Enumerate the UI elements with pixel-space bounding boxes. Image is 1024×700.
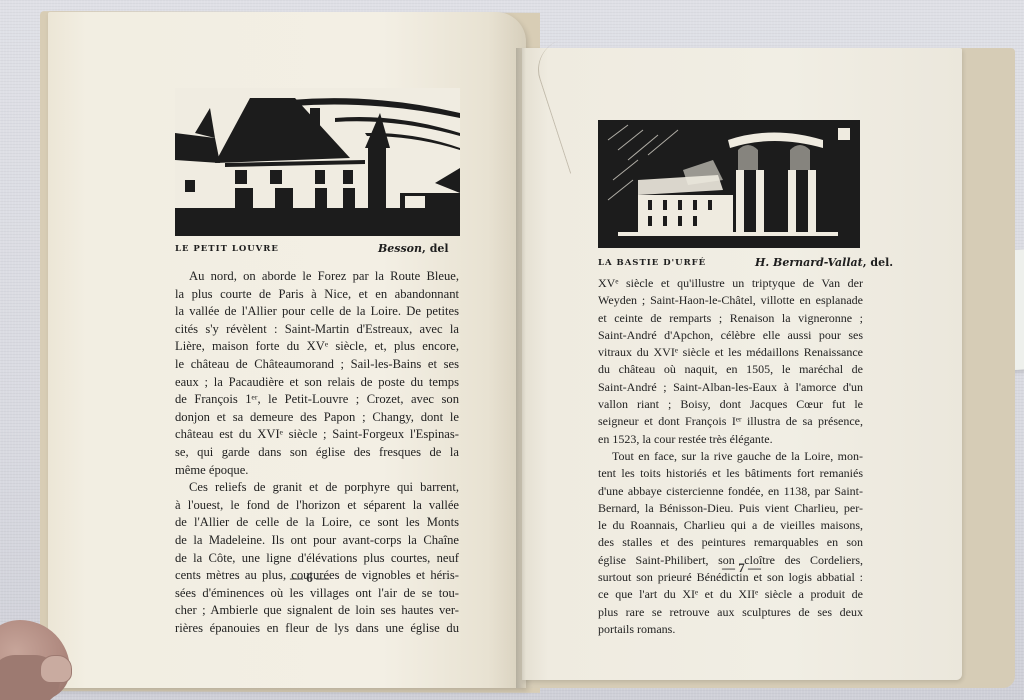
text-line: vitraux du XVIᵉ siècle et les médaillons… <box>598 344 863 361</box>
text-line: en 1523, la cour restée très élégante. <box>598 431 863 448</box>
illustration-credit-left: Besson, del <box>378 242 449 255</box>
right-page-body-text: XVᵉ siècle et qu'illustre un triptyque d… <box>598 275 863 638</box>
illustration-credit-right: H. Bernard-Vallat, del. <box>755 256 893 269</box>
text-line: Weyden ; Saint-Haon-le-Châtel, villotte … <box>598 292 863 309</box>
page-number-left: — 6 — <box>290 570 329 586</box>
text-line: seigneur et dont François Iᵉʳ illustra d… <box>598 413 863 430</box>
text-line: Tout en face, sur la rive gauche de la L… <box>598 448 863 465</box>
text-line: la plus courte de Paris à Nice, et en ab… <box>175 286 459 304</box>
text-line: sées d'éminences où les villages ont l'a… <box>175 585 459 603</box>
text-line: et ceinte de remparts ; Renaison la vign… <box>598 310 863 327</box>
text-line: Saint-André ; Saint-Alban-les-Eaux à l'a… <box>598 379 863 396</box>
text-line: à l'ouest, le fond de l'horizon et sépar… <box>175 497 459 515</box>
text-line: se, qui garde dans son église des fresqu… <box>175 444 459 462</box>
text-line: la vallée de l'Allier pour celle de la L… <box>175 303 459 321</box>
credit-artist-name: H. Bernard-Vallat <box>755 256 863 269</box>
text-line: Ces reliefs de granit et de porphyre qui… <box>175 479 459 497</box>
text-line: château est du XVIᵉ siècle ; Saint-Forge… <box>175 426 459 444</box>
text-line: d'une abbaye cistercienne fondée, en 113… <box>598 483 863 500</box>
credit-suffix: , del. <box>863 256 893 269</box>
credit-suffix: , del <box>422 242 449 255</box>
text-line: le château de Châteaumorand ; Sail-les-B… <box>175 356 459 374</box>
illustration-la-bastie-durfe <box>598 120 860 248</box>
text-line: XVᵉ siècle et qu'illustre un triptyque d… <box>598 275 863 292</box>
thumbnail <box>40 655 72 683</box>
credit-artist-name: Besson <box>378 242 422 255</box>
text-line: rières épanouies en fleur de lys dans un… <box>175 620 459 638</box>
illustration-le-petit-louvre <box>175 88 460 236</box>
text-line: Saint-André d'Apchon, célèbre elle aussi… <box>598 327 863 344</box>
illustration-caption-left: LE PETIT LOUVRE <box>175 244 279 254</box>
text-line: de François 1ᵉʳ, le Petit-Louvre ; Croze… <box>175 391 459 409</box>
text-line: portails romans. <box>598 621 863 638</box>
text-line: de l'Allier de celle de la Loire, ce son… <box>175 514 459 532</box>
page-number-right: — 7 — <box>722 560 761 576</box>
text-line: du château où naquit, en 1505, le maréch… <box>598 361 863 378</box>
text-line: le du Roannais, Charlieu qui a de vieill… <box>598 517 863 534</box>
text-line: de la Madeleine. Ils ont pour avant-corp… <box>175 532 459 550</box>
text-line: de la Côte, une ligne d'élévations plus … <box>175 550 459 568</box>
text-line: des stalles et des peintures remarquable… <box>598 534 863 551</box>
text-line: donjon et sa demeure des Papon ; Changy,… <box>175 409 459 427</box>
text-line: tent les toits historiés et les bâtiment… <box>598 465 863 482</box>
text-line: ce que l'art du XIᵉ et du XIIᵉ siècle a … <box>598 586 863 603</box>
text-line: vallon riant ; Boisy, dont Jacques Cœur … <box>598 396 863 413</box>
text-line: cités s'y révèlent : Saint-Martin d'Estr… <box>175 321 459 339</box>
text-line: plus rare se retrouve aux sculptures de … <box>598 604 863 621</box>
text-line: eaux ; la Pacaudière et son relais de po… <box>175 374 459 392</box>
illustration-caption-right: LA BASTIE D'URFÉ <box>598 258 706 268</box>
book-gutter <box>516 48 526 688</box>
text-line: Bernard, la Bénisson-Dieu. Puis vient Ch… <box>598 500 863 517</box>
text-line: Lière, maison forte du XVᵉ siècle, et, p… <box>175 338 459 356</box>
text-line: Au nord, on aborde le Forez par la Route… <box>175 268 459 286</box>
text-line: même époque. <box>175 462 459 480</box>
text-line: cher ; Ambierle que signalent de loin se… <box>175 602 459 620</box>
